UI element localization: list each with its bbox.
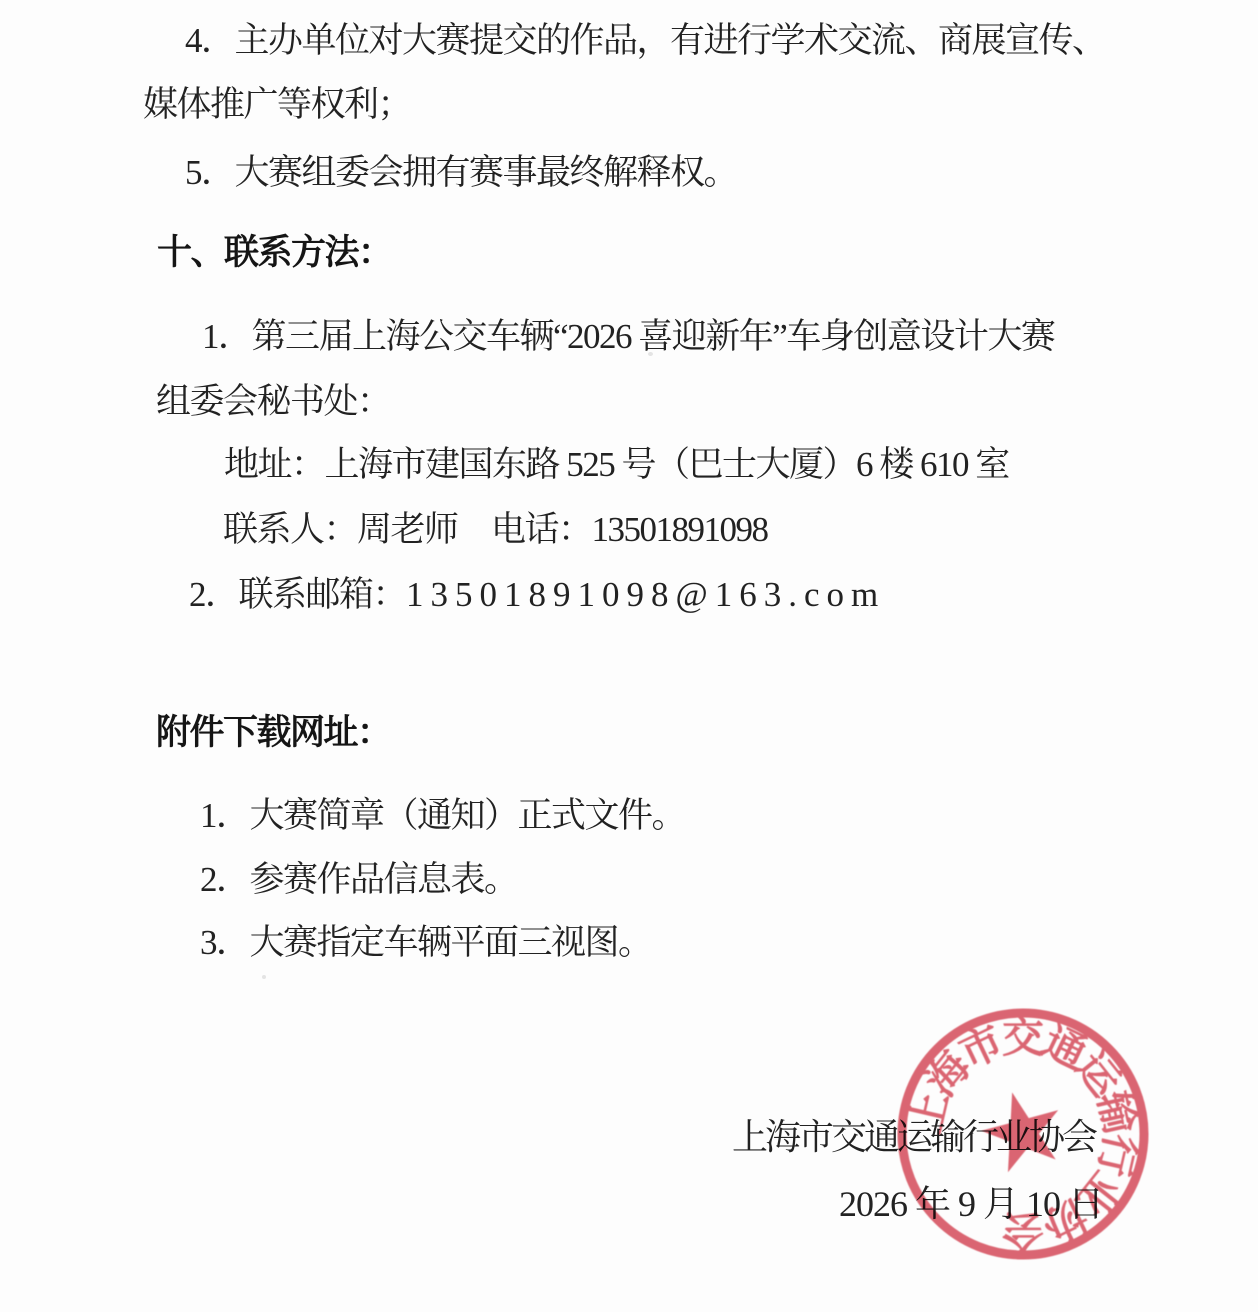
paragraph-item-4-cont: 媒体推广等权利； bbox=[143, 86, 411, 125]
attachment-item-2: 2．参赛作品信息表。 bbox=[200, 861, 518, 900]
scanned-document-page: 4．主办单位对大赛提交的作品，有进行学术交流、商展宣传、 媒体推广等权利； 5．… bbox=[0, 0, 1258, 1312]
contact-address: 地址：上海市建国东路 525 号（巴士大厦）6 楼 610 室 bbox=[224, 446, 1009, 485]
paragraph-item-4: 4．主办单位对大赛提交的作品，有进行学术交流、商展宣传、 bbox=[185, 22, 1106, 61]
contact-email-label: 2．联系邮箱： bbox=[189, 575, 406, 614]
seal-char: 会 bbox=[1002, 1206, 1044, 1253]
section-heading-contact: 十、联系方法： bbox=[157, 234, 392, 273]
section-heading-attachments: 附件下载网址： bbox=[156, 714, 391, 753]
scan-speck bbox=[262, 975, 266, 979]
official-seal-graphic: 上 海 市 交 通 运 输 行 业 协 会 bbox=[892, 1003, 1154, 1265]
contact-person-phone: 联系人：周老师 电话：13501891098 bbox=[223, 511, 768, 550]
contact-item-1: 1．第三届上海公交车辆“2026 喜迎新年”车身创意设计大赛 bbox=[202, 318, 1054, 357]
attachment-item-3: 3．大赛指定车辆平面三视图。 bbox=[200, 924, 652, 963]
contact-email-address: 13501891098@163.com bbox=[406, 575, 885, 614]
seal-star-icon bbox=[974, 1082, 1071, 1176]
official-seal: 上 海 市 交 通 运 输 行 业 协 会 bbox=[892, 1003, 1154, 1265]
scan-speck bbox=[648, 352, 653, 356]
contact-item-1-cont: 组委会秘书处： bbox=[156, 383, 391, 422]
attachment-item-1: 1．大赛简章（通知）正式文件。 bbox=[200, 797, 685, 836]
paragraph-item-5: 5．大赛组委会拥有赛事最终解释权。 bbox=[185, 154, 737, 193]
contact-email: 2．联系邮箱：13501891098@163.com bbox=[189, 576, 885, 615]
